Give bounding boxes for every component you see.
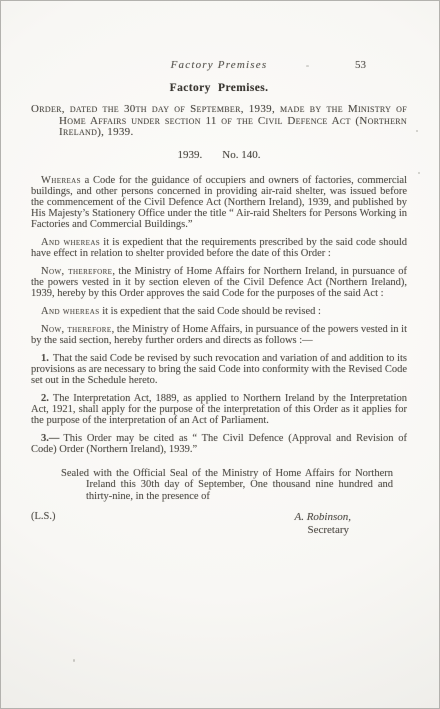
paragraph-text: a Code for the guidance of occupiers and…	[31, 175, 407, 230]
recital-paragraph: Now, therefore, the Ministry of Home Aff…	[31, 266, 407, 299]
scan-speck	[418, 172, 420, 174]
scanned-document-page: Factory Premises 53 Factory Premises. Or…	[0, 0, 440, 709]
paragraph-text: it is expedient that the said Code shoul…	[100, 306, 321, 317]
article-number: 3.—	[41, 433, 59, 444]
order-serial: No. 140.	[222, 149, 260, 161]
recital-paragraph: And whereas it is expedient that the sai…	[31, 306, 407, 317]
numbered-article: 2.The Interpretation Act, 1889, as appli…	[31, 393, 407, 426]
article-text: That the said Code be revised by such re…	[31, 353, 407, 386]
paragraph-lead: And whereas	[41, 306, 100, 317]
article-text: This Order may be cited as “ The Civil D…	[31, 433, 407, 455]
numbered-article: 1.That the said Code be revised by such …	[31, 353, 407, 386]
section-heading: Factory Premises.	[31, 82, 407, 94]
article-text: The Interpretation Act, 1889, as applied…	[31, 393, 407, 426]
running-header-title: Factory Premises	[171, 59, 268, 71]
recital-paragraph: Now, therefore, the Ministry of Home Aff…	[31, 324, 407, 346]
recital-paragraph: And whereas it is expedient that the req…	[31, 237, 407, 259]
signature-block: A. Robinson, Secretary	[294, 511, 351, 537]
paragraph-lead: Now, therefore	[41, 324, 112, 335]
signature-row: (L.S.) A. Robinson, Secretary	[31, 511, 407, 537]
page-number: 53	[355, 59, 366, 71]
paragraph-lead: Now, therefore	[41, 266, 112, 277]
sealing-clause: Sealed with the Official Seal of the Min…	[61, 468, 393, 503]
order-caption: Order, dated the 30th day of September, …	[31, 104, 407, 139]
order-number-line: 1939.No. 140.	[31, 149, 407, 161]
scan-speck	[73, 659, 75, 662]
running-header: Factory Premises 53	[31, 59, 407, 71]
signatory-title: Secretary	[307, 524, 351, 536]
article-number: 2.	[41, 393, 49, 404]
recital-paragraph: Whereas a Code for the guidance of occup…	[31, 175, 407, 230]
paragraph-lead: Whereas	[41, 175, 81, 186]
order-year: 1939.	[178, 149, 203, 161]
scan-speck	[416, 130, 418, 132]
paragraph-lead: And whereas	[41, 237, 100, 248]
scan-speck	[306, 65, 309, 67]
seal-mark: (L.S.)	[31, 511, 56, 522]
article-number: 1.	[41, 353, 49, 364]
signatory-name: A. Robinson,	[294, 511, 351, 523]
numbered-article: 3.—This Order may be cited as “ The Civi…	[31, 433, 407, 455]
